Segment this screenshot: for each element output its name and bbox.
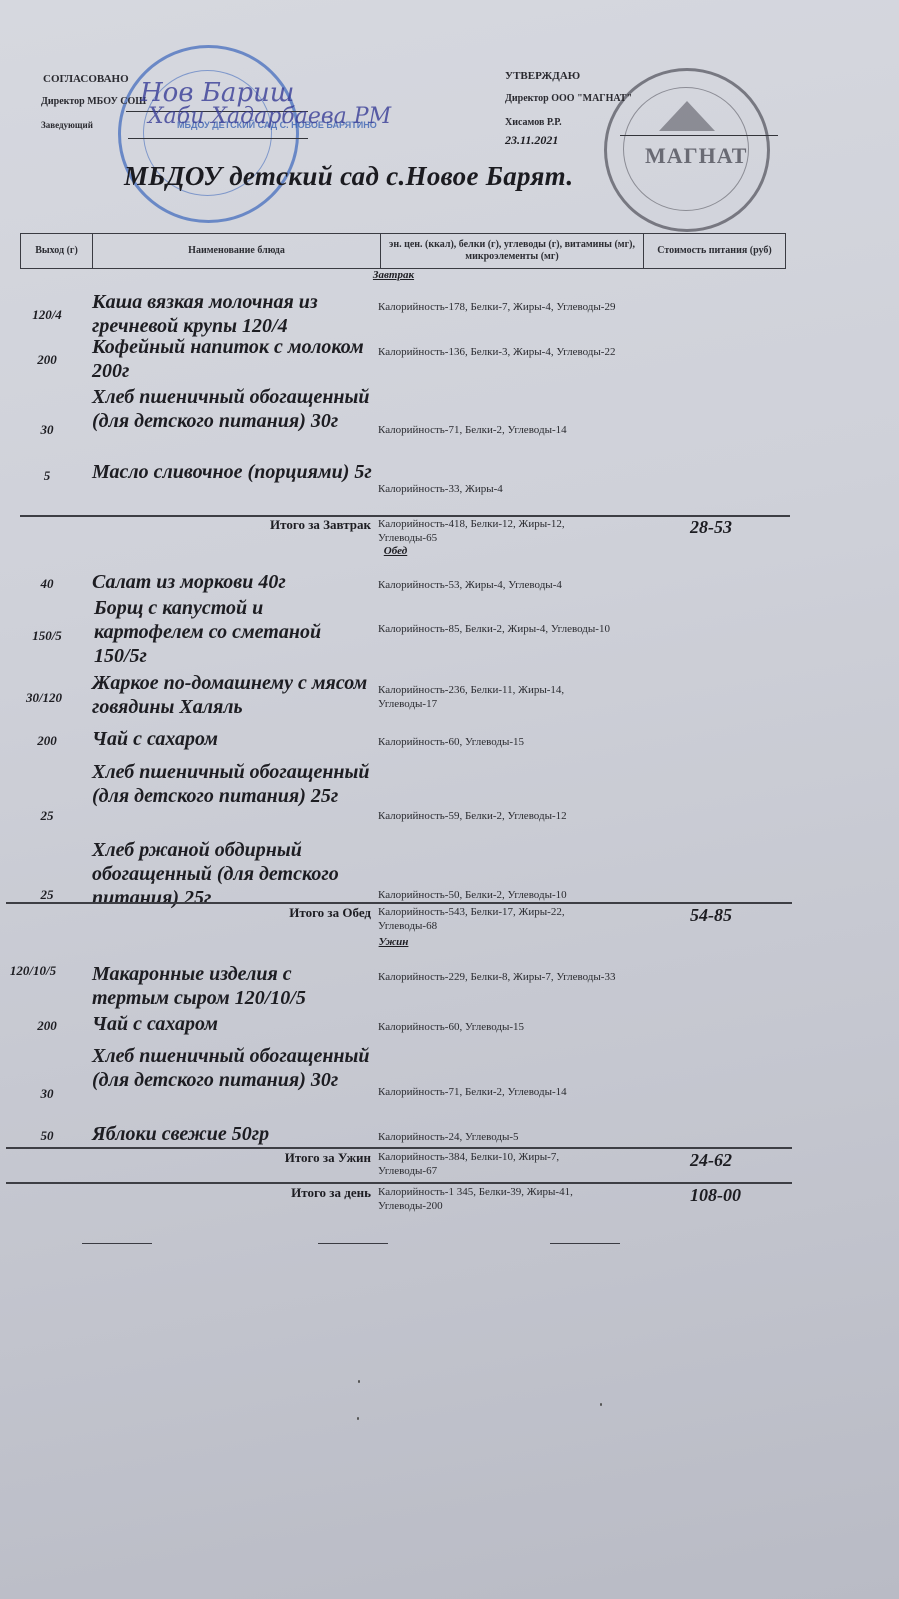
mountain-logo-icon [659, 101, 715, 131]
item-nutrition: Калорийность-24, Углеводы-5 [378, 1130, 618, 1144]
item-nutrition: Калорийность-60, Углеводы-15 [378, 735, 618, 749]
blank-signature-line [318, 1243, 388, 1244]
item-dish: Хлеб пшеничный обогащенный (для детского… [92, 385, 372, 433]
item-yield: 30 [15, 1086, 79, 1102]
head-label: Заведующий [41, 120, 93, 130]
blank-signature-line [82, 1243, 152, 1244]
signature-line [620, 135, 778, 136]
total-cost: 24-62 [690, 1150, 732, 1171]
total-label: Итого за Обед [289, 905, 371, 921]
item-nutrition: Калорийность-71, Белки-2, Углеводы-14 [378, 423, 618, 437]
item-yield: 200 [15, 733, 79, 749]
item-yield: 120/10/5 [8, 962, 58, 980]
director-company-label: Директор ООО "МАГНАТ" [505, 93, 632, 104]
item-yield: 5 [15, 468, 79, 484]
stamp-brand-text: МАГНАТ [645, 143, 747, 169]
item-yield: 40 [15, 576, 79, 592]
total-nutrition: Калорийность-1 345, Белки-39, Жиры-41, У… [378, 1185, 618, 1213]
total-label: Итого за Завтрак [270, 517, 371, 533]
item-yield: 150/5 [15, 628, 79, 644]
total-cost: 54-85 [690, 905, 732, 926]
item-nutrition: Калорийность-178, Белки-7, Жиры-4, Углев… [378, 300, 618, 314]
item-dish: Яблоки свежие 50гр [92, 1122, 372, 1146]
item-yield: 30 [15, 422, 79, 438]
col-cost-header: Стоимость питания (руб) [644, 234, 785, 268]
signature-line [128, 138, 308, 139]
kindergarten-stamp: МБДОУ ДЕТСКИЙ САД С. НОВОЕ БАРЯТИНО [118, 45, 299, 223]
item-dish: Масло сливочное (порциями) 5г [92, 460, 372, 484]
item-dish: Чай с сахаром [92, 727, 372, 751]
total-nutrition: Калорийность-418, Белки-12, Жиры-12, Угл… [378, 517, 618, 545]
paper-speck [358, 1380, 360, 1383]
item-dish: Борщ с капустой и картофелем со сметаной… [94, 596, 374, 668]
col-dish-header: Наименование блюда [93, 234, 381, 268]
total-label: Итого за Ужин [285, 1150, 371, 1166]
total-nutrition: Калорийность-543, Белки-17, Жиры-22, Угл… [378, 905, 618, 933]
total-nutrition: Калорийность-384, Белки-10, Жиры-7, Угле… [378, 1150, 618, 1178]
total-cost: 28-53 [690, 517, 732, 538]
approval-date: 23.11.2021 [505, 133, 558, 148]
item-dish: Хлеб пшеничный обогащенный (для детского… [92, 1044, 372, 1092]
item-yield: 50 [15, 1128, 79, 1144]
item-nutrition: Калорийность-85, Белки-2, Жиры-4, Углево… [378, 622, 618, 636]
item-dish: Макаронные изделия с тертым сыром 120/10… [92, 962, 372, 1010]
item-nutrition: Калорийность-50, Белки-2, Углеводы-10 [378, 888, 618, 902]
section-dinner: Ужин [0, 936, 843, 948]
col-yield-header: Выход (г) [21, 234, 93, 268]
total-cost: 108-00 [690, 1185, 741, 1206]
item-nutrition: Калорийность-236, Белки-11, Жиры-14, Угл… [378, 683, 618, 711]
approve-heading: УТВЕРЖДАЮ [505, 70, 580, 82]
item-dish: Кофейный напиток с молоком 200г [92, 335, 372, 383]
director-school-label: Директор МБОУ СОШ [41, 96, 146, 107]
paper-speck [600, 1403, 602, 1406]
item-dish: Жаркое по-домашнему с мясом говядины Хал… [92, 671, 372, 719]
item-yield: 200 [15, 1018, 79, 1034]
section-breakfast: Завтрак [0, 269, 843, 281]
menu-document: МБДОУ ДЕТСКИЙ САД С. НОВОЕ БАРЯТИНО МАГН… [0, 0, 899, 1599]
total-label: Итого за день [291, 1185, 371, 1201]
item-dish: Чай с сахаром [92, 1012, 372, 1036]
page-title: МБДОУ детский сад с.Новое Барят. [124, 161, 573, 192]
divider [6, 902, 792, 904]
item-nutrition: Калорийность-33, Жиры-4 [378, 482, 618, 496]
signature-2: Хаби Хадарбаева РМ [148, 104, 391, 129]
item-nutrition: Калорийность-53, Жиры-4, Углеводы-4 [378, 578, 618, 592]
item-yield: 200 [15, 352, 79, 368]
item-yield: 30/120 [12, 690, 76, 706]
director-name: Хисамов Р.Р. [505, 117, 562, 128]
item-nutrition: Калорийность-59, Белки-2, Углеводы-12 [378, 809, 618, 823]
section-lunch: Обед [0, 545, 845, 557]
col-nutrition-header: эн. цен. (ккал), белки (г), углеводы (г)… [381, 234, 644, 268]
item-nutrition: Калорийность-71, Белки-2, Углеводы-14 [378, 1085, 618, 1099]
table-header: Выход (г) Наименование блюда эн. цен. (к… [20, 233, 786, 269]
item-nutrition: Калорийность-229, Белки-8, Жиры-7, Углев… [378, 970, 618, 984]
item-dish: Каша вязкая молочная из гречневой крупы … [92, 290, 372, 338]
item-dish: Хлеб ржаной обдирный обогащенный (для де… [92, 838, 372, 910]
approved-heading: СОГЛАСОВАНО [43, 73, 129, 85]
blank-signature-line [550, 1243, 620, 1244]
item-dish: Салат из моркови 40г [92, 570, 372, 594]
item-yield: 25 [15, 808, 79, 824]
item-yield: 120/4 [15, 307, 79, 323]
item-nutrition: Калорийность-136, Белки-3, Жиры-4, Углев… [378, 345, 618, 359]
item-yield: 25 [15, 887, 79, 903]
paper-speck [357, 1417, 359, 1420]
item-nutrition: Калорийность-60, Углеводы-15 [378, 1020, 618, 1034]
divider [6, 1147, 792, 1149]
divider [6, 1182, 792, 1184]
item-dish: Хлеб пшеничный обогащенный (для детского… [92, 760, 372, 808]
